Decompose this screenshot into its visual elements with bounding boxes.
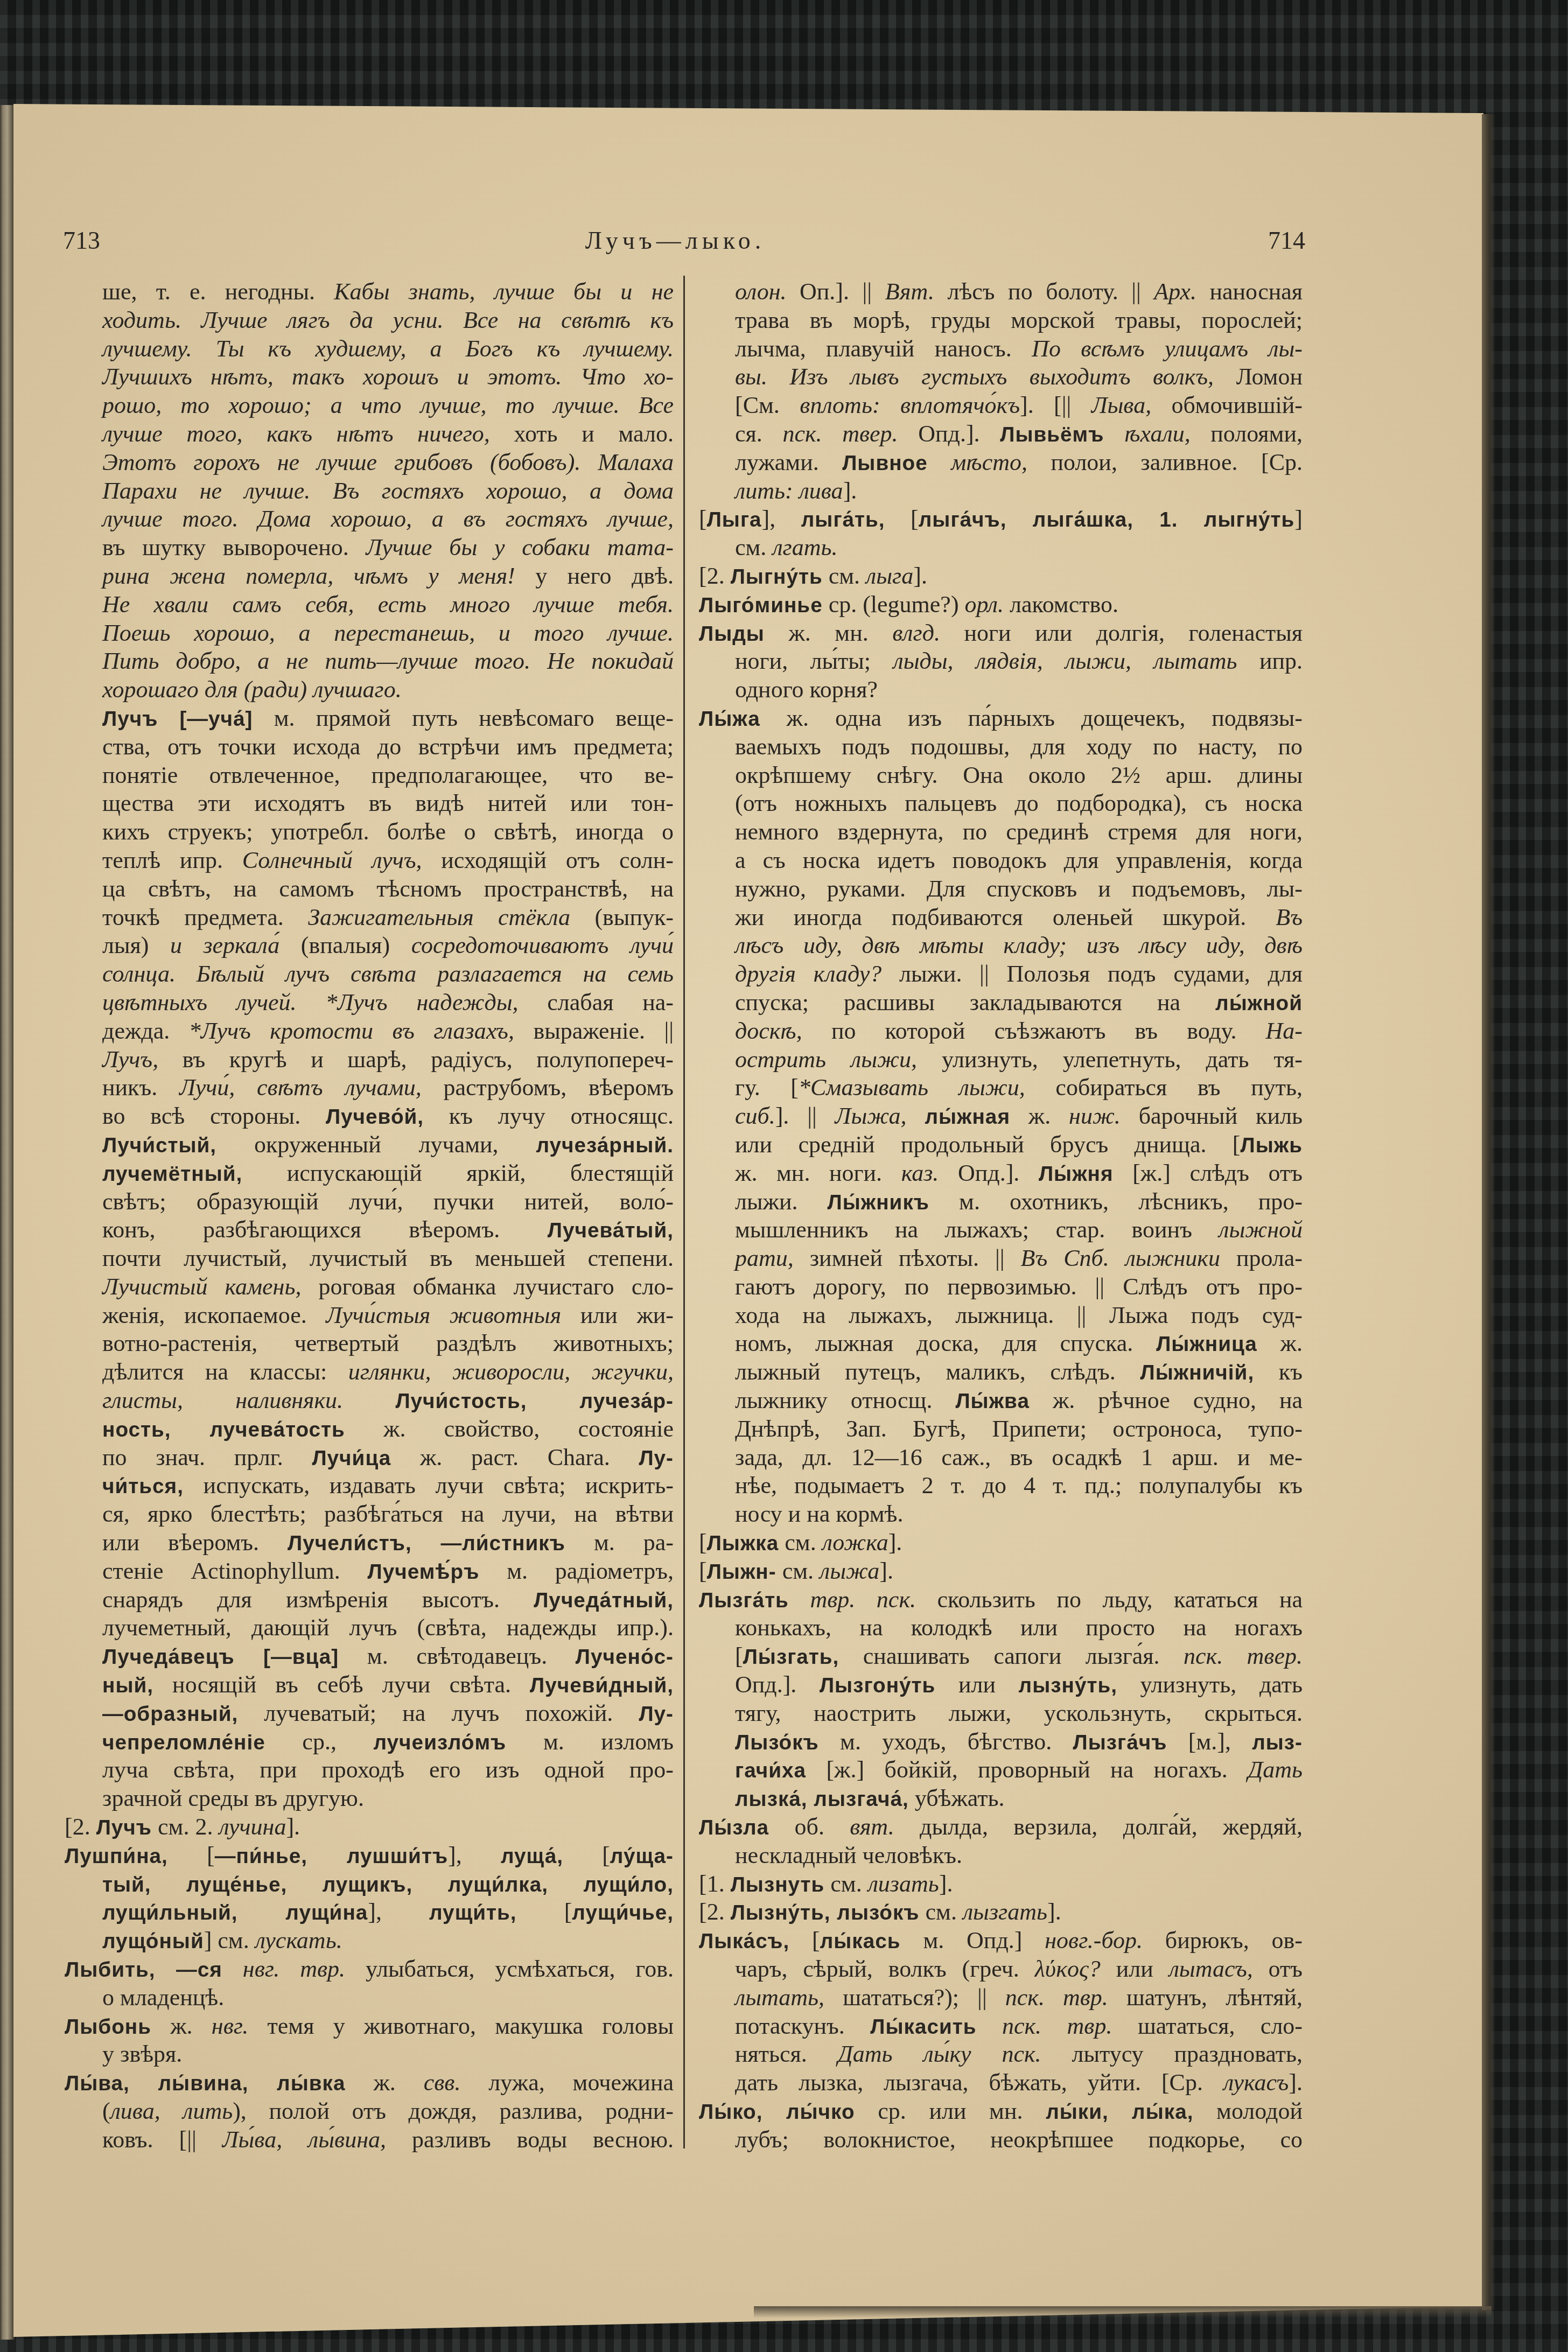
text-line: ходить. Лучше лягъ да усни. Все на свѣтѣ… [65,306,674,335]
page-edge-right [1482,114,1496,2310]
definition-text: дежда. [102,1018,189,1044]
text-line: ся, ярко блестѣть; разбѣга́ться на лучи,… [65,1500,674,1529]
definition-text: къ лучу относящс. [424,1103,674,1129]
headword: Лызга́ть [699,1589,789,1612]
headword: лущо́ный [102,1930,204,1953]
definition-text: ж. раст. Chara. [391,1444,639,1471]
italic-text: лытать, [735,1984,824,2011]
headword: лущи́льный, лущи́на [102,1901,368,1924]
definition-text: м. изломъ [506,1728,674,1755]
text-line: лучшему. Ты къ худшему, а Богъ къ лучшем… [65,335,674,363]
headword: Лу- [639,1447,674,1470]
definition-text: [ж.] бойкій, проворный на ногахъ. [806,1756,1248,1783]
italic-text: Солнечный лучъ, [242,847,422,873]
definition-text: [ [735,1643,743,1669]
italic-text: олон. [735,278,786,305]
italic-text: лучше того, какъ нѣтъ ничего, [102,421,490,447]
definition-text: лыжи. || Полозья подъ судами, для [881,961,1303,987]
definition-text: лубъ; волокнистое, неокрѣпшее подкорье, … [735,2126,1303,2153]
definition-text: полои, заливное. [Ср. [1027,449,1303,475]
definition-text: см. [920,1899,963,1925]
text-line: зрачной среды въ другую. [65,1784,674,1813]
text-line: Этотъ горохъ не лучше грибовъ (бобовъ). … [65,449,674,477]
text-line: или вѣеромъ. Лучели́стъ, —ли́стникъ м. р… [65,1529,674,1557]
headword: Лыго́минье [699,594,823,617]
definition-text: Днѣпрѣ, Зап. Бугѣ, Припети; остроноса, т… [735,1416,1303,1442]
text-line: Поешь хорошо, а перестанешь, и того лучш… [65,619,674,648]
text-line: цвѣтныхъ лучей. *Лучъ надежды, слабая на… [65,989,674,1017]
italic-text: пск. твер. [782,421,898,447]
definition-text: дылда, верзила, долга́й, жердяй, [894,1814,1303,1840]
definition-text: ] [1294,506,1303,532]
text-line: няться. Дать лы́ку пск. лытусу празднова… [699,2040,1303,2069]
definition-text: ж. рѣчное судно, на [1030,1387,1303,1413]
italic-text: Парахи не лучше. Въ гостяхъ хорошо, а до… [102,478,674,504]
text-line: Лучеда́вецъ [—вца] м. свѣтодавецъ. Лучен… [65,1642,674,1671]
text-line: вы. Изъ лывъ густыхъ выходитъ волкъ, Лом… [699,363,1303,391]
headword: Лучели́стъ, —ли́стникъ [288,1532,565,1555]
definition-text: ], [368,1899,429,1925]
definition-text: лыжнику относщ. [735,1387,955,1413]
definition-text: лужа, мочежина [460,2069,674,2096]
headword: лущи́чье, [572,1901,674,1924]
definition-text: свѣтъ; образующій лучи́, пучки нитей, во… [102,1188,674,1215]
definition-text: Ломон [1214,363,1303,390]
definition-text: гу. [ [735,1074,799,1101]
definition-text: носу и на кормѣ. [735,1501,903,1527]
text-line: —образный, лучеватый; на лучъ похожій. Л… [65,1699,674,1728]
definition-text: лѣсъ по болоту. || [934,278,1154,305]
definition-text: собираться въ путь, [1025,1074,1303,1101]
headword: Лучено́с- [576,1646,674,1669]
headword: гачи́ха [735,1759,806,1782]
definition-text: окруженный лучами, [216,1131,536,1158]
definition-text: [2. [699,1899,731,1925]
italic-text: На- [1266,1018,1303,1044]
text-line: точкѣ предмета. Зажигательныя стёкла (вы… [65,904,674,932]
definition-text: ]. [939,1871,953,1897]
definition-text: никъ. [102,1074,179,1101]
text-line: см. лгать. [699,534,1303,562]
definition-text: нескладный человѣкъ. [735,1842,962,1868]
italic-text: пск. твр. [1005,1984,1108,2011]
text-line: женія, ископаемое. Лучи́стыя животныя ил… [65,1301,674,1330]
italic-text: Лучше бы у собаки тата- [366,534,674,561]
text-line: вотно-растенія, четвертый раздѣлъ животн… [65,1329,674,1358]
entry-first-line: Лы́жа ж. одна изъ па́рныхъ дощечекъ, под… [699,704,1303,733]
definition-text: [ [699,1558,707,1584]
italic-text: лыжной [1219,1216,1303,1243]
headword: лучеза́рный. [536,1134,674,1157]
definition-text: ]. [843,478,857,504]
headword: Лыбонь [65,2015,151,2039]
headword: лыга́ть, [801,508,885,531]
headword: Лучъ [96,1816,152,1839]
definition-text: молодой [1193,2098,1303,2124]
entry-first-line: [2. Лызну́ть, лызо́къ см. лызгать]. [699,1898,1303,1927]
definition-text: м. уходъ, бѣгство. [819,1728,1073,1755]
definition-text: ства, отъ точки исхода до встрѣчи имъ пр… [102,733,674,760]
italic-text: лускать. [255,1927,342,1954]
italic-text: Вят. [885,278,934,305]
headword: лы́ки, лы́ка, [1046,2101,1193,2124]
definition-text: шататься, сло- [1112,2013,1303,2039]
italic-text: Лучшихъ нѣтъ, такъ хорошъ и этотъ. Что х… [102,363,674,390]
entry-first-line: Лызга́ть твр. пск. скользить по льду, ка… [699,1586,1303,1614]
headword: Лыды [699,622,765,646]
text-line: лѣсъ иду, двѣ мѣты кладу; изъ лѣсу иду, … [699,932,1303,960]
definition-text: ся. [735,421,782,447]
italic-text: вы. Изъ лывъ густыхъ выходитъ волкъ, [735,363,1214,390]
text-line: луча свѣта, при проходѣ его изъ одной пр… [65,1756,674,1784]
headword: лучеизло́мъ [374,1731,507,1754]
definition-text: луча свѣта, при проходѣ его изъ одной пр… [102,1756,674,1783]
definition-text: [ [789,1927,820,1954]
definition-text: няться. [735,2041,838,2067]
headword: Лыбить, —ся [65,1958,222,1982]
entry-first-line: [2. Лучъ см. 2. лучина]. [65,1813,674,1842]
text-line: немного вздернута, по срединѣ стремя для… [699,818,1303,846]
text-line: Лучистый камень, роговая обманка лучиста… [65,1273,674,1301]
definition-text: у звѣря. [102,2041,182,2067]
italic-text: влгд. [892,620,940,646]
definition-text: [ [885,506,919,532]
headword: Лы́касить [870,2015,976,2039]
italic-text: Дать [1248,1756,1303,1783]
headword: Лызну́ть, лызо́къ [731,1901,920,1924]
definition-text: ипр. [1237,648,1303,674]
column-left: ше, т. е. негодны. Кабы знать, лучше бы … [65,278,674,2154]
entry-first-line: Лыды ж. мн. влгд. ноги или долгія, голен… [699,619,1303,648]
text-line: теплѣ ипр. Солнечный лучъ, исходящій отъ… [65,846,674,875]
text-line: конъ, разбѣгающихся вѣеромъ. Лучева́тый, [65,1216,674,1244]
definition-text: женія, ископаемое. [102,1302,326,1328]
text-line: лыжнику относщ. Лы́жва ж. рѣчное судно, … [699,1387,1303,1415]
headword: Лу- [639,1703,674,1726]
definition-text: немного вздернута, по срединѣ стремя для… [735,818,1303,845]
definition-text: номъ, лыжная доска, для спуска. [735,1330,1156,1356]
definition-text: снарядъ для измѣренія высотъ. [102,1586,534,1613]
definition-text: зрачной среды въ другую. [102,1785,364,1811]
text-line: а съ носка идетъ поводокъ для управленія… [699,846,1303,875]
headword: чепреломле́ніе [102,1731,265,1754]
entry-first-line: [Лыжн- см. лыжа]. [699,1557,1303,1586]
italic-text: лыды, лядвія, лыжи, лытать [893,648,1237,674]
definition-text: кихъ струекъ; употребл. болѣе о свѣтѣ, и… [102,818,674,845]
text-line: чи́ться, испускать, издавать лучи свѣта;… [65,1472,674,1500]
italic-text: Лыва, [1091,392,1151,418]
definition-text: бирюкъ, ов- [1143,1927,1303,1954]
definition-text: вотно-растенія, четвертый раздѣлъ животн… [102,1330,674,1356]
definition-text: ваемыхъ подъ подошвы, для ходу по насту,… [735,733,1303,760]
headword: Лыгну́ть [731,565,823,589]
definition-text: м. свѣтодавецъ. [339,1643,576,1669]
definition-text: лучеметный, дающій лучъ (свѣта, надежды … [102,1614,674,1641]
headword: Лы́жа [699,708,760,731]
text-line: дѣлится на классы: иглянки, живоросли, ж… [65,1358,674,1387]
italic-text: лить: лива [735,478,843,504]
definition-text: разливъ воды весною. [386,2126,674,2153]
text-line: лыжи. Лы́жникъ м. охотникъ, лѣсникъ, про… [699,1188,1303,1216]
italic-text: Лыжа, [835,1103,907,1129]
definition-text: ( [102,2098,110,2124]
definition-text: ноги или долгія, голенастыя [940,620,1303,646]
definition-text: полоями, [1191,421,1303,447]
definition-text: шатунъ, лѣнтяй, [1108,1984,1303,2011]
definition-text: у него двѣ. [515,563,674,589]
definition-text: см. [776,1558,820,1584]
text-line: нескладный человѣкъ. [699,1842,1303,1870]
text-line: дежда. *Лучъ кротости въ глазахъ, выраже… [65,1017,674,1046]
italic-text: Въ Спб. лыжники [1021,1245,1220,1271]
definition-text: ]. [913,563,927,589]
definition-text: обмочившій- [1151,392,1303,418]
italic-text: лызгать [963,1899,1047,1925]
italic-text: лучина [219,1814,286,1840]
definition-text: испускающій яркій, блестящій [242,1160,674,1186]
definition-text: ж. [345,2069,423,2096]
italic-text: каз. [901,1160,939,1186]
text-line: [См. вплоть: вплотячо́къ]. [|| Лыва, обм… [699,391,1303,420]
italic-text: новг.-бор. [1045,1927,1143,1954]
definition-text: или средній продольный брусъ днища. [ [735,1131,1241,1158]
text-line: лучемётный, испускающій яркій, блестящій [65,1159,674,1188]
definition-text: зимней пѣхоты. || [794,1245,1021,1271]
headword: Лызо́къ [735,1731,819,1754]
definition-text: ]. [1289,2069,1303,2096]
definition-text: ж. мн. [765,620,892,646]
headword: Лы́жникъ [828,1191,929,1214]
definition-text: или вѣеромъ. [102,1529,288,1556]
headword: чи́ться, [102,1475,184,1498]
headword: лу́ща- [610,1845,674,1868]
definition-text: [ [168,1842,215,1868]
definition-text: гаютъ дорогу, по первозимью. || Слѣдъ от… [735,1273,1303,1300]
text-line: жи иногда подбиваются оленьей шкурой. Въ [699,904,1303,932]
definition-text: понятіе отвлеченное, предполагающее, что… [102,762,674,788]
text-line: чепреломле́ніе ср., лучеизло́мъ м. излом… [65,1728,674,1756]
text-line: по знач. прлг. Лучи́ца ж. раст. Chara. Л… [65,1444,674,1472]
headword: лущи́ть, [429,1901,517,1924]
definition-text: (отъ ножныхъ пальцевъ до подбородка), съ… [735,790,1303,816]
headword: Лучеда́вецъ [—вца] [102,1646,339,1669]
definition-text: прола- [1220,1245,1303,1271]
text-line: о младенцѣ. [65,1984,674,2012]
text-line: у звѣря. [65,2040,674,2069]
definition-text: исходящій отъ солн- [422,847,674,873]
definition-text: нужно, руками. Для спусковъ и подъемовъ,… [735,876,1303,902]
text-line: ше, т. е. негодны. Кабы знать, лучше бы … [65,278,674,306]
definition-text: или [1101,1956,1169,1982]
text-line: лучше того. Дома хорошо, а въ гостяхъ лу… [65,505,674,534]
definition-text: трава въ морѣ, груды морской травы, поро… [735,307,1303,333]
text-line: щества эти исходятъ въ видѣ нитей или то… [65,789,674,818]
italic-text: Въ [1276,904,1303,930]
italic-text: вплоть: вплотячо́къ [800,392,1020,418]
definition-text: ), полой отъ дождя, разлива, родни- [233,2098,674,2124]
italic-text: лива, лить [110,2098,233,2124]
definition-text: [ [699,506,707,532]
text-line: Днѣпрѣ, Зап. Бугѣ, Припети; остроноса, т… [699,1415,1303,1444]
definition-text: ся, ярко блестѣть; разбѣга́ться на лучи,… [102,1501,674,1527]
text-line: хорошаго для (ради) лучшаго. [65,676,674,704]
entry-first-line: [Лыга], лыга́ть, [лыга́чъ, лыга́шка, 1. … [699,505,1303,534]
definition-text: ж. [151,2013,212,2039]
running-head-title: Лучъ—лыко. [541,227,810,255]
definition-text: [ [517,1899,572,1925]
definition-text: улизнуть, дать [1117,1671,1303,1698]
text-line: (лива, лить), полой отъ дождя, разлива, … [65,2097,674,2126]
definition-text: точкѣ предмета. [102,904,308,930]
entry-first-line: Лыго́минье ср. (legume?) орл. лакомство. [699,591,1303,619]
text-line: Лучъ [—уча́] м. прямой путь невѣсомаго в… [65,704,674,733]
text-line: Лызо́къ м. уходъ, бѣгство. Лызга́чъ [м.]… [699,1728,1303,1756]
headword: тый, луще́нье, лущикъ, лущи́лка, лущи́ло… [102,1873,674,1896]
definition-text: ср. или мн. [855,2098,1046,2124]
text-line: лыя) и зеркала́ (впалыя) сосредоточивают… [65,932,674,960]
definition-text: въ кругѣ и шарѣ, радіусъ, полупопереч- [158,1046,674,1073]
definition-text: лакомство. [1004,591,1118,618]
text-line: лызка́, лызгача́, убѣжать. [699,1784,1303,1813]
definition-text: ж. мн. ноги. [735,1160,901,1186]
italic-text: рати, [735,1245,794,1271]
definition-text: ноги, лы́ты; [735,648,893,674]
definition-text: Опд.]. [939,1160,1039,1186]
definition-text: ]. [888,1529,902,1556]
text-line: лытать, шататься?); || пск. твр. шатунъ,… [699,1984,1303,2012]
headword: Лызга́чъ [1073,1731,1167,1754]
headword: Лывьёмъ [1000,423,1104,446]
headword: Лучево́й, [326,1105,424,1129]
italic-text: Лучистый камень, [102,1273,301,1300]
definition-text: убѣжать. [909,1785,1005,1811]
definition-text: въ шутку выворочено. [102,534,366,561]
italic-text: иглянки, живоросли, жгучки, [348,1359,674,1385]
italic-text: Кабы знать, лучше бы и не [334,278,674,305]
definition-text: ж. [1010,1103,1069,1129]
italic-text: и зеркала́ [170,932,279,958]
definition-text: спуска; расшивы закладываются на [735,989,1215,1016]
text-line: потаскунъ. Лы́касить пск. твр. шататься,… [699,2012,1303,2041]
text-line: лычма, плавучій наносъ. По всѣмъ улицамъ… [699,335,1303,363]
text-line: тягу, наострить лыжи, ускользнуть, скрыт… [699,1699,1303,1728]
definition-text: хода на лыжахъ, лыжница. || Лыжа подъ су… [735,1302,1303,1328]
definition-text: [См. [735,392,800,418]
definition-text: скользить по льду, кататься на [916,1586,1303,1613]
definition-text: м. радіометръ, [479,1558,674,1584]
headword: Лы́згать, [743,1646,839,1669]
italic-text: нвг. [212,2013,249,2039]
definition-text: лыя) [102,932,170,958]
definition-text: стеніе Actinophyllum. [102,1558,368,1584]
text-line: лубъ; волокнистое, неокрѣпшее подкорье, … [699,2126,1303,2154]
definition-text: ]. [286,1814,300,1840]
italic-text: Дать лы́ку пск. [838,2041,1041,2067]
headword: Лыка́съ, [699,1930,789,1953]
headword: —пи́нье, лушши́тъ [215,1845,448,1868]
definition-text: см. [823,563,866,589]
headword: луща́, [501,1845,563,1868]
italic-text: острить лыжи, [735,1046,917,1073]
italic-text: солнца. Бѣлый лучъ свѣта разлагается на … [102,961,674,987]
definition-text: (выпук- [570,904,674,930]
text-line: рошо, то хорошо; а что лучше, то лучше. … [65,391,674,420]
definition-text: наносная [1196,278,1303,305]
italic-text: Поешь хорошо, а перестанешь, и того лучш… [102,620,674,646]
headword: Лызгону́ть [820,1674,935,1697]
italic-text: цвѣтныхъ лучей. *Лучъ надежды, [102,989,518,1016]
definition-text: улыбаться, усмѣхаться, гов. [345,1956,674,1982]
text-line: стеніе Actinophyllum. Лучемѣ́ръ м. радіо… [65,1557,674,1586]
definition-text: лычма, плавучій наносъ. [735,335,1032,362]
headword: лучемётный, [102,1163,242,1186]
headword: Лушпи́на, [65,1845,168,1868]
entry-first-line: [1. Лызнуть см. лизать]. [699,1870,1303,1899]
headword: Лы́ко, лы́чко [699,2101,855,2124]
entry-first-line: Лы́ко, лы́чко ср. или мн. лы́ки, лы́ка, … [699,2097,1303,2126]
headword: Лыжь [1241,1134,1303,1157]
headword: лы́жной [1215,992,1303,1015]
definition-text: [2. [65,1814,96,1840]
text-line: ца свѣтъ, на самомъ тѣсномъ пространствѣ… [65,875,674,904]
text-line: острить лыжи, улизнуть, улепетнуть, дать… [699,1046,1303,1074]
text-line: сиб.]. || Лыжа, лы́жная ж. ниж. барочный… [699,1102,1303,1131]
italic-text: твр. пск. [810,1586,916,1613]
headword: Лыга [707,508,762,531]
definition-text: улизнуть, улепетнуть, дать тя- [917,1046,1303,1073]
text-line: нѣе, подымаетъ 2 т. до 4 т. пд.; полупал… [699,1472,1303,1500]
text-line: ж. мн. ноги. каз. Опд.]. Лы́жня [ж.] слѣ… [699,1159,1303,1188]
definition-text [977,2013,1002,2039]
text-line: ковъ. [|| Лы́ва, лы́вина, разливъ воды в… [65,2126,674,2154]
text-line: почти лучистый, лучистый въ меньшей степ… [65,1244,674,1273]
definition-text: ], [762,506,801,532]
headword: лызка́, лызгача́, [735,1788,909,1811]
entry-first-line: Лы́зла об. вят. дылда, верзила, долга́й,… [699,1813,1303,1842]
italic-text: сиб. [735,1103,775,1129]
definition-text [1104,421,1125,447]
italic-text: лизать [868,1871,939,1897]
text-line: лить: лива]. [699,477,1303,506]
headword: лыз- [1252,1731,1303,1754]
definition-text: зада, дл. 12—16 саж., въ осадкѣ 1 арш. и… [735,1444,1303,1471]
italic-text: лучшему. Ты къ худшему, а Богъ къ лучшем… [102,335,674,362]
text-line: гачи́ха [ж.] бойкій, проворный на ногахъ… [699,1756,1303,1784]
text-line: доскѣ, по которой съѣзжаютъ въ воду. На- [699,1017,1303,1046]
headword: Лучи́стый, [102,1134,216,1157]
text-line: глисты, наливняки. Лучи́стость, лучеза́р… [65,1387,674,1415]
italic-text: лучше того. Дома хорошо, а въ гостяхъ лу… [102,506,674,532]
page-number-right: 714 [1262,227,1305,255]
text-line: Парахи не лучше. Въ гостяхъ хорошо, а до… [65,477,674,506]
definition-text: ковъ. [|| [102,2126,222,2153]
headword: лы́жная [925,1105,1010,1129]
definition-text: снашивать сапоги лызга́я. [839,1643,1184,1669]
headword: Лызнуть [731,1873,825,1896]
definition-text: по знач. прлг. [102,1444,312,1471]
definition-text: [1. [699,1871,731,1897]
definition-text: теплѣ ипр. [102,847,242,873]
italic-text: Лы́ва, лы́вина, [222,2126,386,2153]
definition-text: барочный киль [1121,1103,1303,1129]
definition-text: (впалыя) [279,932,411,958]
definition-text: конъ, разбѣгающихся вѣеромъ. [102,1216,548,1243]
text-line: одного корня? [699,676,1303,704]
definition-text: испускать, издавать лучи свѣта; искрить- [184,1472,674,1499]
text-line: рати, зимней пѣхоты. || Въ Спб. лыжники … [699,1244,1303,1273]
italic-text: глисты, наливняки. [102,1387,343,1413]
definition-text: темя у животнаго, макушка головы [248,2013,674,2039]
